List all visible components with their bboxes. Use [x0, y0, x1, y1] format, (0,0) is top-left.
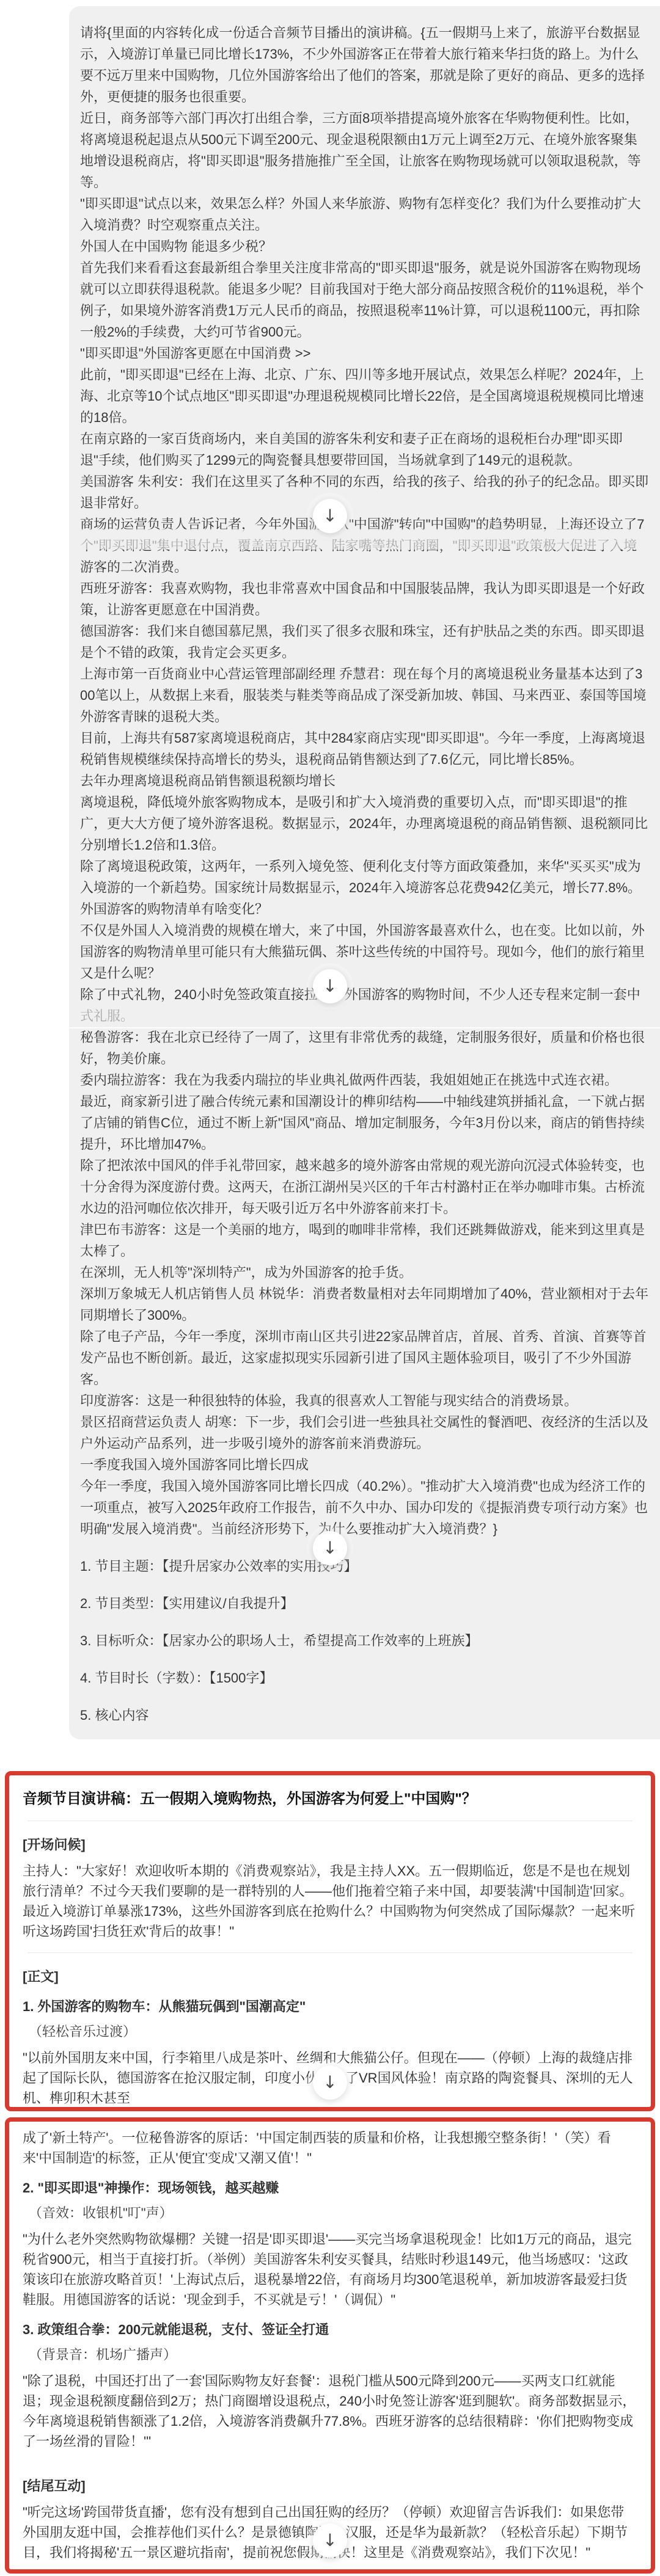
- paragraph: 除了离境退税政策，这两年，一系列入境免签、便利化支付等方面政策叠加，来华"买买买…: [80, 856, 649, 898]
- divider: [28, 1821, 632, 1821]
- stage-direction: （背景音：机场广播声）: [23, 2345, 637, 2365]
- paragraph: 目前，上海共有587家离境退税商店，其中284家商店实现"即买即退"。今年一季度…: [80, 727, 649, 770]
- paragraph: 上海市第一百货商业中心营运管理部副经理 乔慧君：现在每个月的离境退税业务量基本达…: [80, 663, 649, 727]
- divider: [28, 1952, 632, 1953]
- paragraph: 除了电子产品，今年一季度，深圳市南山区共引进22家品牌首店，首展、首秀、首演、首…: [80, 1326, 649, 1390]
- scroll-to-bottom-button[interactable]: ↓: [313, 499, 347, 533]
- user-message-text: 请将{里面的内容转化成一份适合音频节目播出的演讲稿。{五一假期马上来了，旅游平台…: [80, 22, 649, 1739]
- paragraph: "即买即退"外国游客更愿在中国消费 >>: [80, 343, 649, 364]
- list-item: 5. 核心内容: [80, 1705, 649, 1726]
- section-heading: [开场问候]: [23, 1835, 637, 1855]
- paragraph: 在深圳，无人机等"深圳特产"，成为外国游客的抢手货。: [80, 1262, 649, 1283]
- stage-direction: （音效：收银机"叮"声）: [23, 2203, 637, 2223]
- scroll-to-bottom-button[interactable]: ↓: [313, 1531, 347, 1565]
- list-item: 1. 节目主题：【提升居家办公效率的实用技巧】: [80, 1555, 649, 1577]
- paragraph: 深圳万象城无人机店销售人员 林锐华：消费者数量相对去年同期增加了40%，营业额相…: [80, 1283, 649, 1326]
- stage-direction: （轻松音乐过渡）: [23, 2021, 637, 2042]
- paragraph: 外国游客的购物清单有啥变化？: [80, 898, 649, 920]
- list-item: 4. 节目时长（字数）：【1500字】: [80, 1667, 649, 1689]
- paragraph: 秘鲁游客：我在北京已经待了一周了，这里有非常优秀的裁缝，定制服务很好，质量和价格…: [80, 1027, 649, 1069]
- paragraph: 津巴布韦游客：这是一个美丽的地方，喝到的咖啡非常棒，我们还跳舞做游戏，能来到这里…: [80, 1219, 649, 1262]
- paragraph: 委内瑞拉游客：我在为我委内瑞拉的毕业典礼做两件西装，我姐姐她正在挑选中式连衣裙。: [80, 1069, 649, 1091]
- paragraph: 离境退税，降低境外旅客购物成本，是吸引和扩大入境消费的重要切入点，而"即买即退"…: [80, 791, 649, 856]
- user-message-bubble: 请将{里面的内容转化成一份适合音频节目播出的演讲稿。{五一假期马上来了，旅游平台…: [69, 6, 660, 1739]
- paragraph: 美国游客 朱利安：我们在这里买了各种不同的东西，给我的孩子、给我的孙子的纪念品。…: [80, 471, 649, 514]
- paragraph: 去年办理离境退税商品销售额退税额均增长: [80, 770, 649, 791]
- paragraph: 除了中式礼物，240小时免签政策直接拉长了外国游客的购物时间，不少人还专程来定制…: [80, 984, 649, 1027]
- paragraph: 除了把浓浓中国风的伴手礼带回家，越来越多的境外游客由常规的观光游向沉浸式体验转变…: [80, 1155, 649, 1219]
- paragraph: 不仅是外国人入境消费的规模在增大，来了中国，外国游客最喜欢什么，也在变。比如以前…: [80, 920, 649, 984]
- paragraph: 请将{里面的内容转化成一份适合音频节目播出的演讲稿。{五一假期马上来了，旅游平台…: [80, 22, 649, 107]
- paragraph: 主持人："大家好！欢迎收听本期的《消费观察站》，我是主持人XX。五一假期临近，您…: [23, 1861, 637, 1941]
- paragraph: 最近，商家新引进了融合传统元素和国潮设计的榫卯结构——中轴线建筑拼插礼盒，一下就…: [80, 1091, 649, 1155]
- down-arrow-icon: ↓: [323, 2532, 337, 2549]
- paragraph: 近日，商务部等六部门再次打出组合拳，三方面8项举措提高境外旅客在华购物便利性。比…: [80, 107, 649, 193]
- paragraph: 印度游客：这是一种很独特的体验，我真的很喜欢人工智能与现实结合的消费场景。: [80, 1390, 649, 1411]
- down-arrow-icon: ↓: [323, 978, 337, 995]
- paragraph: "除了退税，中国还打出了一套'国际购物友好套餐'：退税门槛从500元降到200元…: [23, 2371, 637, 2451]
- paragraph: "为什么老外突然购物欲爆棚？关键一招是'即买即退'——买完当场拿退税现金！比如1…: [23, 2229, 637, 2310]
- paragraph: 一季度我国入境外国游客同比增长四成: [80, 1454, 649, 1475]
- paragraph: 首先我们来看看这套最新组合拳里关注度非常高的"即买即退"服务，就是说外国游客在购…: [80, 257, 649, 343]
- list-item: 2. 节目类型：【实用建议/自我提升】: [80, 1593, 649, 1614]
- scroll-to-bottom-button[interactable]: ↓: [313, 2065, 347, 2100]
- down-arrow-icon: ↓: [323, 508, 337, 525]
- scroll-to-bottom-button[interactable]: ↓: [313, 2523, 347, 2558]
- section-heading: 3. 政策组合拳：200元就能退税，支付、签证全打通: [23, 2319, 637, 2340]
- down-arrow-icon: ↓: [323, 1540, 337, 1557]
- response-annotation-box-1: 音频节目演讲稿：五一假期入境购物热，外国游客为何爱上"中国购"？ [开场问候]主…: [5, 1771, 655, 2111]
- response-box2-content: 成了'新土特产'。一位秘鲁游客的原话：'中国定制西装的质量和价格，让我想搬空整条…: [23, 2128, 637, 2574]
- section-heading: 2. "即买即退"神操作：现场领钱，越买越赚: [23, 2178, 637, 2198]
- section-heading: 1. 外国游客的购物车：从熊猫玩偶到"国潮高定": [23, 1996, 637, 2017]
- paragraph: 今年一季度，我国入境外国游客同比增长四成（40.2%）。"推动扩大入境消费"也成…: [80, 1475, 649, 1540]
- paragraph: 此前，"即买即退"已经在上海、北京、广东、四川等多地开展试点，效果怎么样呢？20…: [80, 364, 649, 428]
- list-item: 3. 目标听众：【居家办公的职场人士，希望提高工作效率的上班族】: [80, 1630, 649, 1651]
- paragraph: 西班牙游客：我喜欢购物，我也非常喜欢中国食品和中国服装品牌，我认为即买即退是一个…: [80, 578, 649, 620]
- paragraph: 在南京路的一家百货商场内，来自美国的游客朱利安和妻子正在商场的退税柜台办理"即买…: [80, 428, 649, 471]
- scroll-to-bottom-button[interactable]: ↓: [313, 969, 347, 1003]
- section-heading: [正文]: [23, 1967, 637, 1987]
- response-title: 音频节目演讲稿：五一假期入境购物热，外国游客为何爱上"中国购"？: [23, 1789, 637, 1810]
- paragraph: "即买即退"试点以来，效果怎么样？外国人来华旅游、购物有怎样变化？我们为什么要推…: [80, 193, 649, 236]
- paragraph: 商场的运营负责人告诉记者，今年外国游客从"中国游"转向"中国购"的趋势明显，上海…: [80, 514, 649, 578]
- paragraph: 景区招商营运负责人 胡寒：下一步，我们会引进一些独具社交属性的餐酒吧、夜经济的生…: [80, 1411, 649, 1454]
- down-arrow-icon: ↓: [323, 2074, 337, 2091]
- paragraph: 外国人在中国购物 能退多少税？: [80, 236, 649, 257]
- section-heading: [结尾互动]: [23, 2476, 637, 2496]
- response-annotation-box-2: 成了'新土特产'。一位秘鲁游客的原话：'中国定制西装的质量和价格，让我想搬空整条…: [5, 2117, 655, 2574]
- paragraph: 德国游客：我们来自德国慕尼黑，我们买了很多衣服和珠宝，还有护肤品之类的东西。即买…: [80, 620, 649, 663]
- paragraph: 成了'新土特产'。一位秘鲁游客的原话：'中国定制西装的质量和价格，让我想搬空整条…: [23, 2128, 637, 2168]
